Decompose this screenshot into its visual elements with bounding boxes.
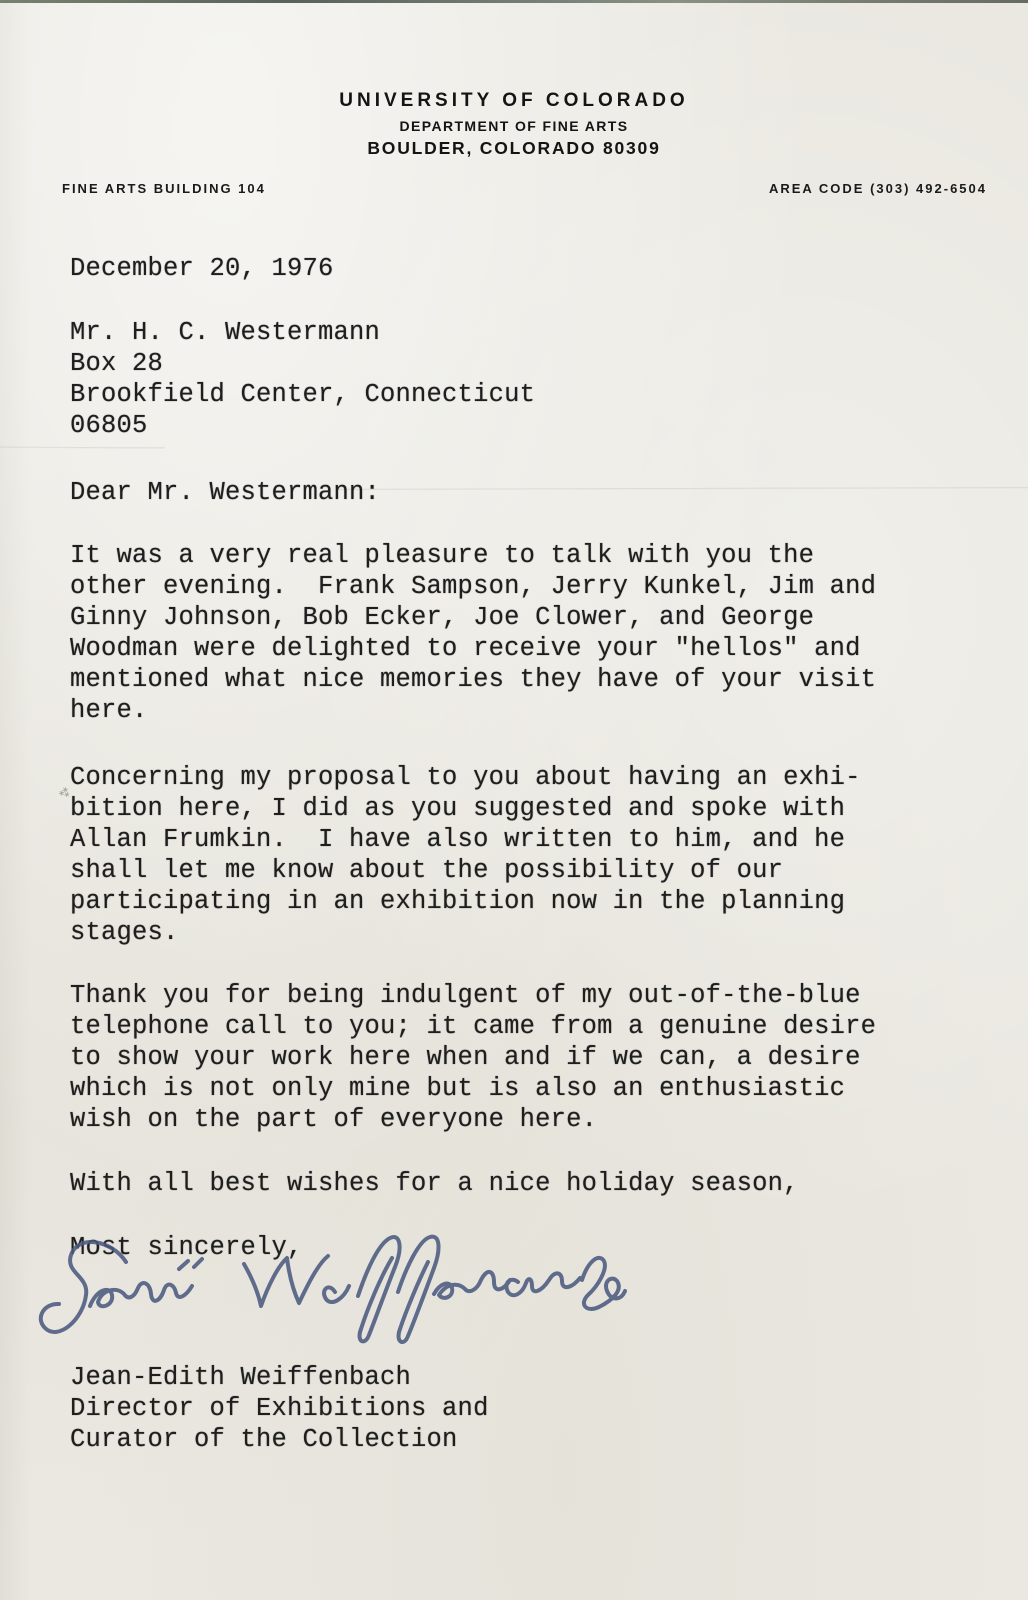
- body-paragraph-1: It was a very real pleasure to talk with…: [70, 540, 876, 726]
- letterhead-city-zip: BOULDER, COLORADO 80309: [0, 140, 1028, 158]
- salutation: Dear Mr. Westermann:: [70, 477, 380, 508]
- paper-fold-line-right: [338, 487, 1028, 491]
- letterhead-phone: AREA CODE (303) 492-6504: [769, 182, 987, 195]
- letter-date: December 20, 1976: [70, 253, 334, 284]
- closing-wish-line: With all best wishes for a nice holiday …: [70, 1168, 799, 1199]
- scan-edge-strip: [0, 0, 1028, 3]
- paper-fold-line-left: [0, 447, 165, 450]
- handwritten-signature: [30, 1228, 630, 1353]
- signature-stroke-first-name: [41, 1242, 202, 1332]
- body-paragraph-2: Concerning my proposal to you about havi…: [70, 762, 861, 948]
- recipient-address-block: Mr. H. C. Westermann Box 28 Brookfield C…: [70, 317, 535, 441]
- letterhead-building: FINE ARTS BUILDING 104: [62, 182, 266, 195]
- signature-stroke-last-name: [244, 1237, 625, 1342]
- signer-name-title-block: Jean-Edith Weiffenbach Director of Exhib…: [70, 1362, 489, 1455]
- body-paragraph-3: Thank you for being indulgent of my out-…: [70, 980, 876, 1135]
- letter-page: UNIVERSITY OF COLORADO DEPARTMENT OF FIN…: [0, 0, 1028, 1600]
- letterhead-department: DEPARTMENT OF FINE ARTS: [0, 119, 1028, 133]
- letterhead-university: UNIVERSITY OF COLORADO: [0, 91, 1028, 110]
